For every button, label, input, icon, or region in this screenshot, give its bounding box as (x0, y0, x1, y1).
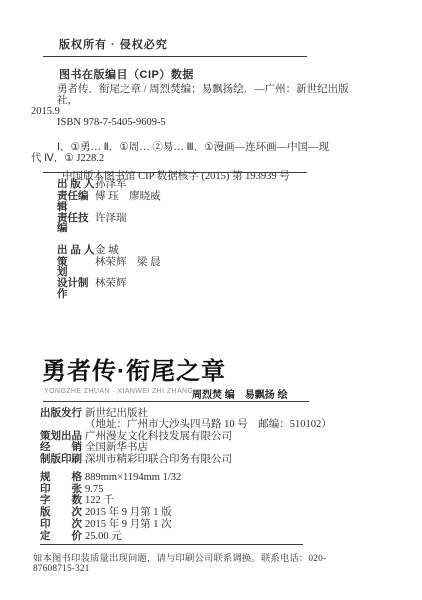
publishing-label: 经 销 (40, 442, 85, 453)
publishing-value: 广州漫友文化科技发展有限公司 (85, 432, 232, 443)
publishing-value: 全国新华书店 (85, 443, 148, 454)
spec-row: 印 次 2015 年 9 月第 1 次 (40, 519, 181, 531)
cip-entry-line1: 勇者传．衔尾之章 / 周烈焚编；易飘扬绘．—广州：新世纪出版社， (31, 84, 367, 106)
spec-value: 889mm×1194mm 1/32 (85, 473, 181, 484)
book-byline: 周烈焚 编 易飘扬 绘 (192, 386, 288, 401)
credits-row: 设计制作 林荣辉 (57, 278, 161, 299)
spec-label: 定 价 (40, 531, 85, 542)
publishing-row: 制版印刷 深圳市精彩印联合印务有限公司 (40, 454, 332, 466)
spec-label: 版 次 (40, 507, 85, 518)
divider-title (43, 401, 309, 402)
book-title: 勇者传·衔尾之章 (42, 351, 226, 386)
credits-row: 出 版 人 孙泽军 (57, 179, 161, 191)
credit-label: 出 品 人 (57, 245, 95, 256)
cip-data-block: 勇者传．衔尾之章 / 周烈焚编；易飘扬绘．—广州：新世纪出版社， 2015.9 … (31, 84, 367, 182)
credit-value: 傅 珏 廖晓威 (95, 192, 161, 203)
credits-row: 责任技编 许泽瑞 (57, 213, 161, 234)
credit-value: 林荣辉 (95, 279, 127, 290)
credits-row: 策 划 林荣辉 梁 晨 (57, 257, 161, 278)
credit-value: 孙泽军 (95, 180, 127, 191)
cip-entry-line2: 2015.9 (31, 106, 367, 117)
publishing-value: 深圳市精彩印联合印务有限公司 (85, 455, 232, 466)
spec-label: 印 次 (40, 519, 85, 530)
credits-block: 出 版 人 孙泽军 责任编辑 傅 珏 廖晓威 责任技编 许泽瑞 出 品 人 金 … (57, 179, 161, 300)
credit-value: 许泽瑞 (95, 214, 127, 225)
publishing-label: 制版印刷 (40, 454, 85, 465)
cip-class-line1: Ⅰ．①勇… Ⅱ．①周… ②易… Ⅲ．①漫画—连环画—中国—现 (31, 142, 367, 153)
credit-label: 设计制作 (57, 278, 95, 299)
divider-top (43, 56, 307, 57)
specs-block: 规 格 889mm×1194mm 1/32 印 张 9.75 字 数 122 千… (40, 472, 181, 542)
credit-value: 林荣辉 梁 晨 (95, 258, 161, 269)
credit-label: 策 划 (57, 257, 95, 278)
cip-isbn: ISBN 978-7-5405-9609-5 (31, 117, 367, 128)
spec-value: 9.75 (85, 485, 103, 496)
credit-label: 责任编辑 (57, 191, 95, 212)
copyright-page: 版权所有 · 侵权必究 图书在版编目（CIP）数据 勇者传．衔尾之章 / 周烈焚… (0, 0, 422, 600)
spec-value: 25.00 元 (85, 532, 122, 543)
publishing-label: 出版发行 (40, 408, 85, 419)
publishing-row: 经 销 全国新华书店 (40, 442, 332, 454)
cip-class-line2: 代 Ⅳ．① J228.2 (31, 153, 367, 164)
publishing-value: （地址：广州市大沙头四马路 10 号 邮编：510102） (85, 420, 332, 431)
credit-value: 金 城 (95, 246, 119, 257)
credit-label: 出 版 人 (57, 179, 95, 190)
spec-value: 122 千 (85, 496, 114, 507)
credit-label: 责任技编 (57, 213, 95, 234)
divider-cip (43, 172, 307, 173)
credits-row: 出 品 人 金 城 (57, 245, 161, 257)
spec-value: 2015 年 9 月第 1 版 (85, 508, 172, 519)
divider-footer (40, 544, 303, 545)
publishing-row: 策划出品 广州漫友文化科技发展有限公司 (40, 431, 332, 443)
publishing-label: 策划出品 (40, 431, 85, 442)
spec-label: 规 格 (40, 472, 85, 483)
spec-value: 2015 年 9 月第 1 次 (85, 520, 172, 531)
spec-row: 规 格 889mm×1194mm 1/32 (40, 472, 181, 484)
spec-label: 字 数 (40, 495, 85, 506)
footer-note: 如本图书印装质量出现问题，请与印刷公司联系调换。联系电话：020-8760871… (33, 550, 363, 574)
publishing-block: 出版发行 新世纪出版社 （地址：广州市大沙头四马路 10 号 邮编：510102… (40, 408, 332, 466)
publishing-row: （地址：广州市大沙头四马路 10 号 邮编：510102） (40, 420, 332, 431)
cip-heading: 图书在版编目（CIP）数据 (59, 66, 194, 82)
copyright-notice: 版权所有 · 侵权必究 (59, 36, 168, 52)
spec-label: 印 张 (40, 484, 85, 495)
credits-row: 责任编辑 傅 珏 廖晓威 (57, 191, 161, 212)
book-title-pinyin: YONGZHE ZHUAN · XIANWEI ZHI ZHANG (44, 388, 193, 395)
spec-row: 定 价 25.00 元 (40, 531, 181, 543)
